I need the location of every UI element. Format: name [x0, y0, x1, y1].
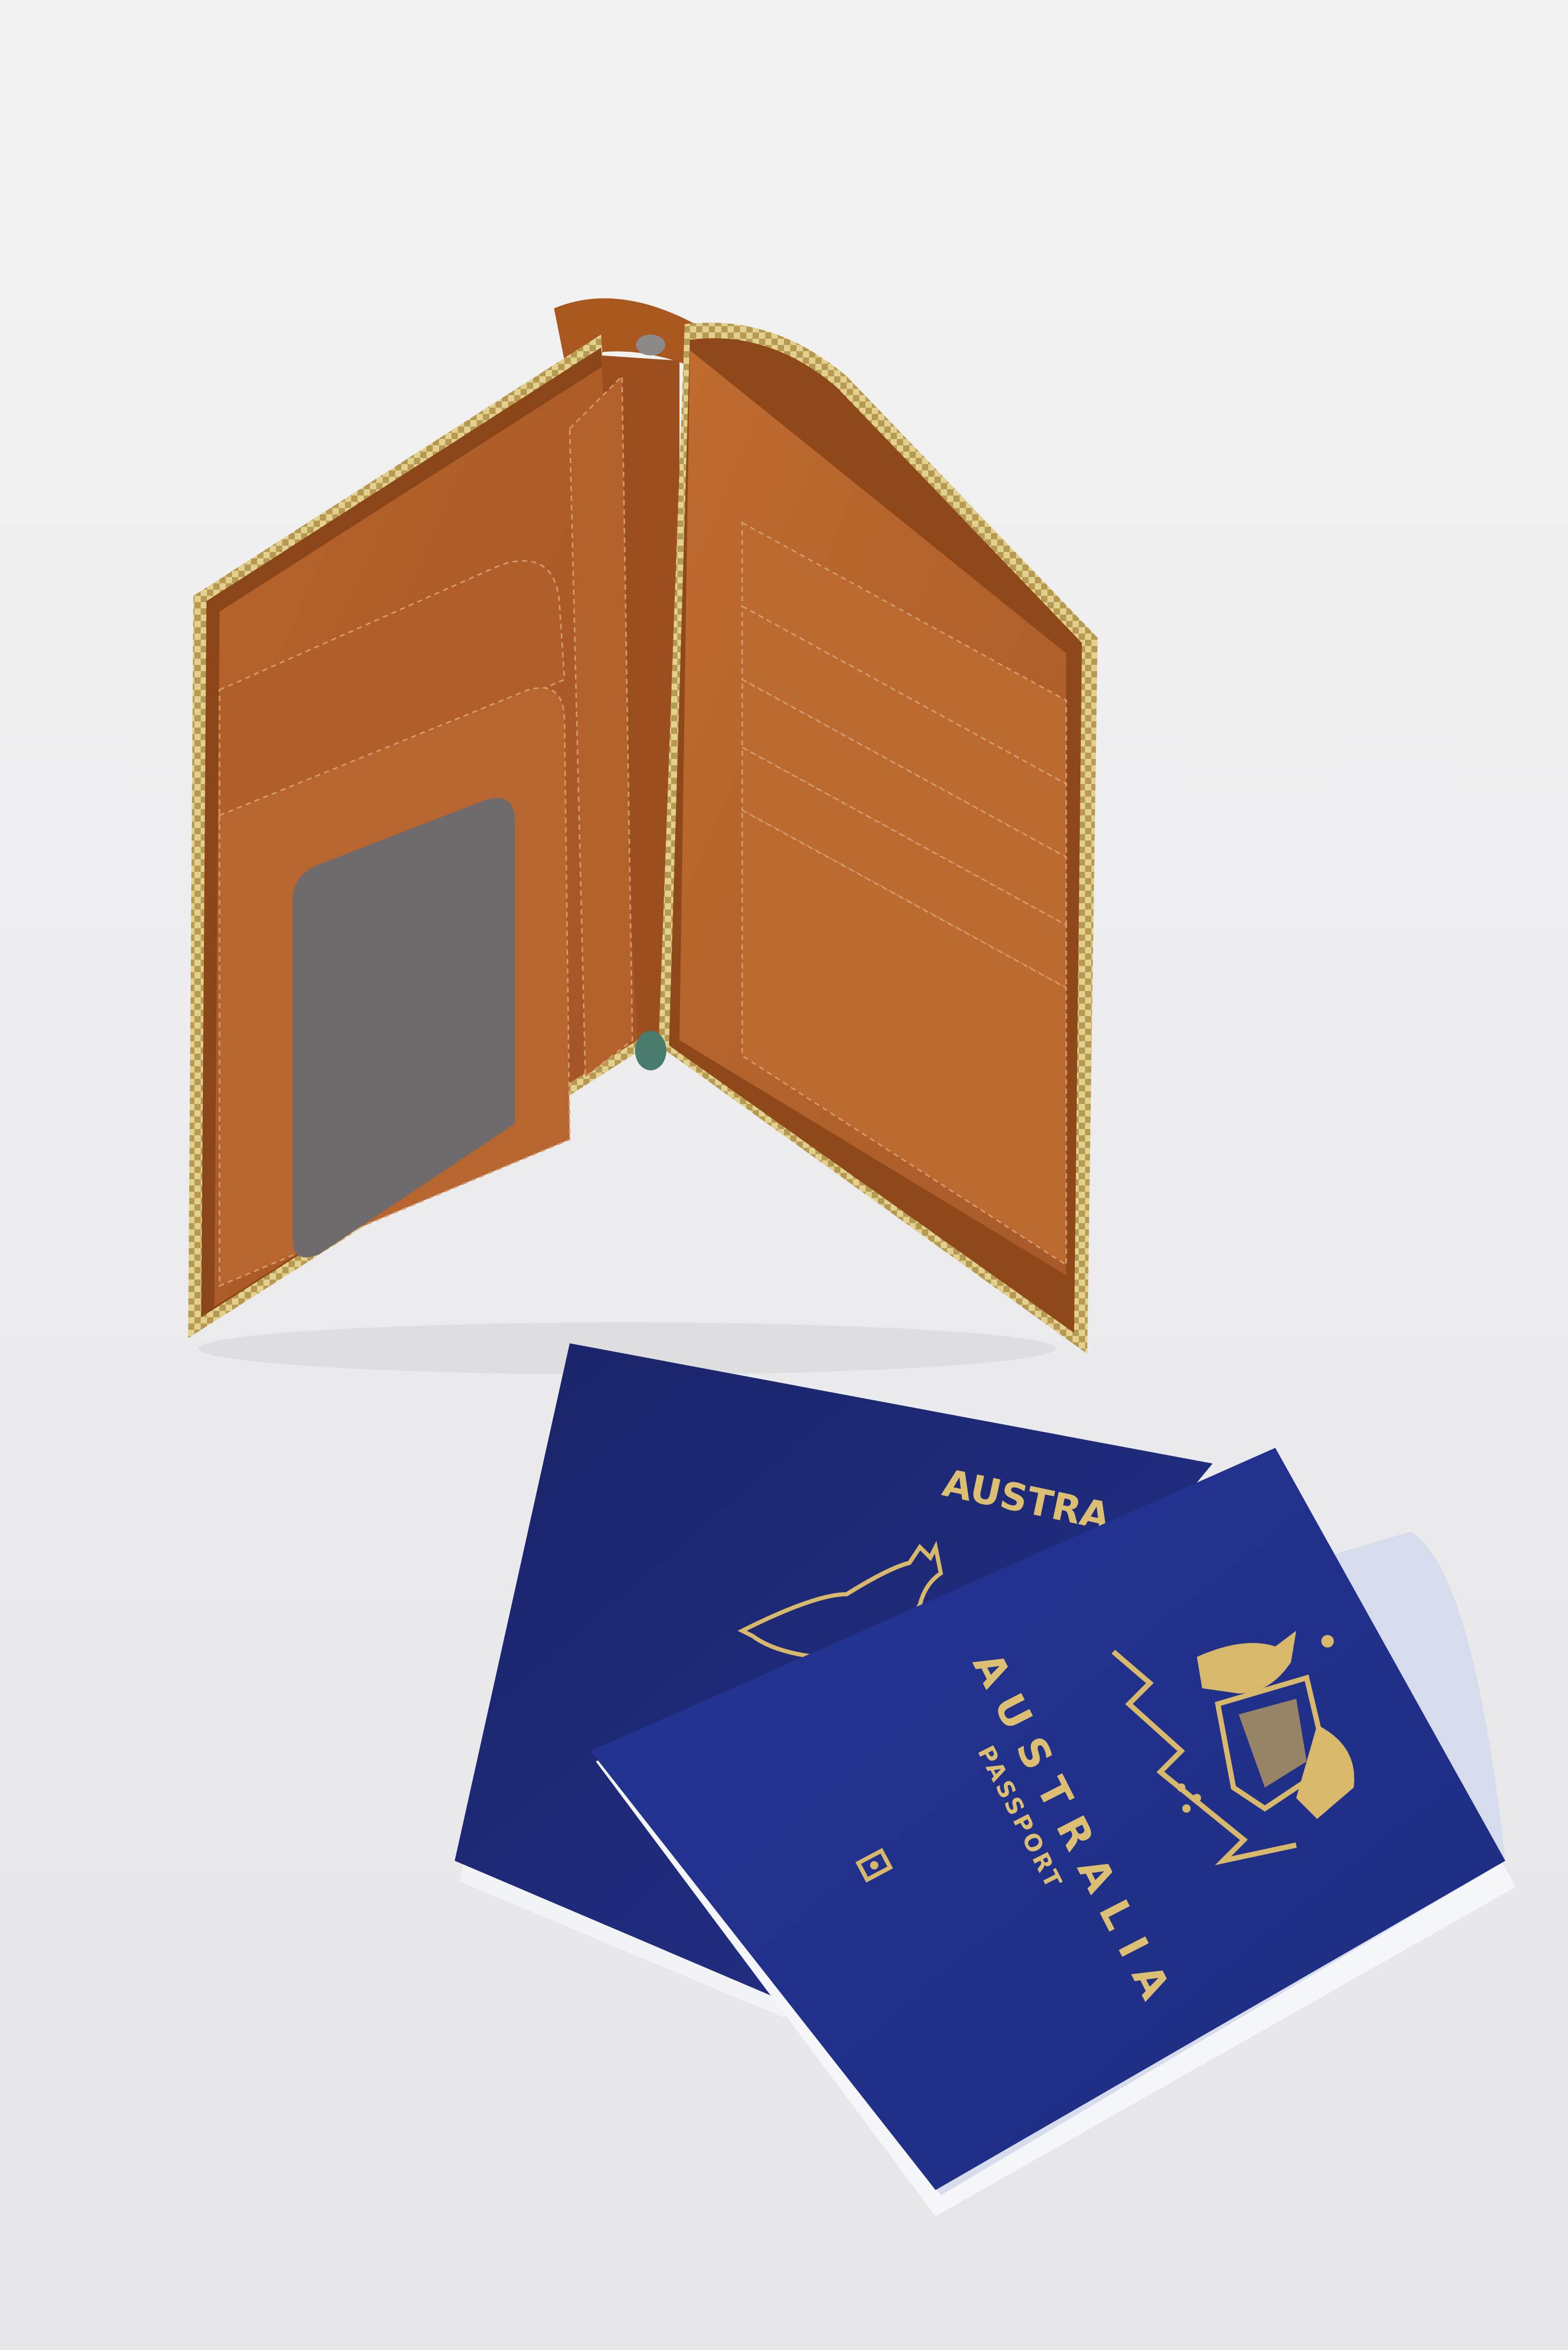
zipper-stop — [636, 335, 665, 355]
zipper-stop — [635, 1031, 666, 1070]
id-window — [293, 798, 515, 1258]
leather-wallet — [188, 298, 1098, 1354]
photo-illustration: AUSTRA AUSTRALIA PASSPORT — [0, 0, 1568, 2350]
product-photo: AUSTRA AUSTRALIA PASSPORT — [0, 0, 1568, 2350]
